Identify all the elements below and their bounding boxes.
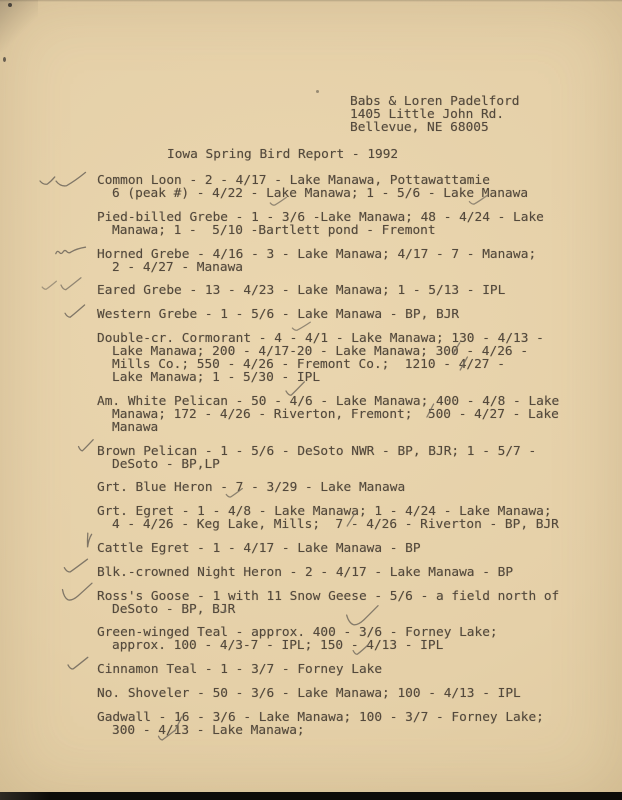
scan-top-edge xyxy=(0,0,622,2)
entry-line: 6 (peak #) - 4/22 - Lake Manawa; 1 - 5/6… xyxy=(112,187,559,200)
bird-entry-grt-blue-heron: Grt. Blue Heron - 7 - 3/29 - Lake Manawa xyxy=(97,481,559,494)
entry-line: Am. White Pelican - 50 - 4/6 - Lake Mana… xyxy=(97,395,559,408)
entry-line: 300 - 4/13 - Lake Manawa; xyxy=(112,724,559,737)
bird-entries-list: Common Loon - 2 - 4/17 - Lake Manawa, Po… xyxy=(97,174,559,748)
bird-entry-double-cr-cormorant: Double-cr. Cormorant - 4 - 4/1 - Lake Ma… xyxy=(97,332,559,384)
bird-entry-ross-s-goose: Ross's Goose - 1 with 11 Snow Geese - 5/… xyxy=(97,590,559,616)
bird-entry-cattle-egret: Cattle Egret - 1 - 4/17 - Lake Manawa - … xyxy=(97,542,559,555)
bird-entry-pied-billed-grebe: Pied-billed Grebe - 1 - 3/6 -Lake Manawa… xyxy=(97,211,559,237)
entry-line: Cattle Egret - 1 - 4/17 - Lake Manawa - … xyxy=(97,542,559,555)
entry-line: Manawa xyxy=(112,421,559,434)
entry-line: Manawa; 172 - 4/26 - Riverton, Fremont; … xyxy=(112,408,559,421)
bird-entry-horned-grebe: Horned Grebe - 4/16 - 3 - Lake Manawa; 4… xyxy=(97,248,559,274)
entry-line: Grt. Blue Heron - 7 - 3/29 - Lake Manawa xyxy=(97,481,559,494)
scan-bottom-edge xyxy=(0,792,622,800)
paper-speck xyxy=(316,90,319,93)
pencil-mark-margin-eared-grebe xyxy=(58,276,83,292)
bird-entry-green-winged-teal: Green-winged Teal - approx. 400 - 3/6 - … xyxy=(97,626,559,652)
sender-address: Babs & Loren Padelford 1405 Little John … xyxy=(350,95,520,134)
address-line-3: Bellevue, NE 68005 xyxy=(350,121,520,134)
scanned-page: Babs & Loren Padelford 1405 Little John … xyxy=(0,0,622,800)
pencil-mark-margin-horned-grebe xyxy=(55,244,88,258)
entry-line: DeSoto - BP,LP xyxy=(112,458,559,471)
pencil-mark-margin-ross-goose xyxy=(59,581,95,603)
pencil-mark-margin-cinnamon-teal xyxy=(65,655,91,671)
entry-line: Eared Grebe - 13 - 4/23 - Lake Manawa; 1… xyxy=(97,284,559,297)
entry-line: approx. 100 - 4/3-7 - IPL; 150 - 4/13 - … xyxy=(112,639,559,652)
paper-speck xyxy=(8,3,12,7)
entry-line: DeSoto - BP, BJR xyxy=(112,603,559,616)
bird-entry-eared-grebe: Eared Grebe - 13 - 4/23 - Lake Manawa; 1… xyxy=(97,284,559,297)
report-title: Iowa Spring Bird Report - 1992 xyxy=(167,148,398,161)
pencil-mark-margin-brown-pelican xyxy=(76,438,96,453)
bird-entry-western-grebe: Western Grebe - 1 - 5/6 - Lake Manawa - … xyxy=(97,308,559,321)
entry-line: Western Grebe - 1 - 5/6 - Lake Manawa - … xyxy=(97,308,559,321)
pencil-mark-margin-cattle-egret xyxy=(83,532,95,549)
page-corner-artifact xyxy=(0,0,38,52)
bird-entry-common-loon: Common Loon - 2 - 4/17 - Lake Manawa, Po… xyxy=(97,174,559,200)
entry-line: No. Shoveler - 50 - 3/6 - Lake Manawa; 1… xyxy=(97,687,559,700)
entry-line: Lake Manawa; 1 - 5/30 - IPL xyxy=(112,371,559,384)
entry-line: Manawa; 1 - 5/10 -Bartlett pond - Fremon… xyxy=(112,224,559,237)
entry-line: Cinnamon Teal - 1 - 3/7 - Forney Lake xyxy=(97,663,559,676)
pencil-mark-margin-eared-grebe-left xyxy=(40,280,58,292)
pencil-mark-margin-blk-crowned-night-heron xyxy=(61,557,91,575)
pencil-mark-margin-western-grebe xyxy=(62,303,88,320)
entry-line: Ross's Goose - 1 with 11 Snow Geese - 5/… xyxy=(97,590,559,603)
paper-speck xyxy=(3,57,6,62)
entry-line: Horned Grebe - 4/16 - 3 - Lake Manawa; 4… xyxy=(97,248,559,261)
bird-entry-grt-egret: Grt. Egret - 1 - 4/8 - Lake Manawa; 1 - … xyxy=(97,505,559,531)
entry-line: 4 - 4/26 - Keg Lake, Mills; 7 - 4/26 - R… xyxy=(112,518,559,531)
entry-line: Blk.-crowned Night Heron - 2 - 4/17 - La… xyxy=(97,566,559,579)
bird-entry-blk-crowned-night-heron: Blk.-crowned Night Heron - 2 - 4/17 - La… xyxy=(97,566,559,579)
entry-line: 2 - 4/27 - Manawa xyxy=(112,261,559,274)
bird-entry-cinnamon-teal: Cinnamon Teal - 1 - 3/7 - Forney Lake xyxy=(97,663,559,676)
bird-entry-no-shoveler: No. Shoveler - 50 - 3/6 - Lake Manawa; 1… xyxy=(97,687,559,700)
bird-entry-am-white-pelican: Am. White Pelican - 50 - 4/6 - Lake Mana… xyxy=(97,395,559,434)
entry-line: Brown Pelican - 1 - 5/6 - DeSoto NWR - B… xyxy=(97,445,559,458)
bird-entry-brown-pelican: Brown Pelican - 1 - 5/6 - DeSoto NWR - B… xyxy=(97,445,559,471)
bird-entry-gadwall: Gadwall - 16 - 3/6 - Lake Manawa; 100 - … xyxy=(97,711,559,737)
pencil-mark-margin-common-loon xyxy=(37,169,88,190)
entry-line: Gadwall - 16 - 3/6 - Lake Manawa; 100 - … xyxy=(97,711,559,724)
entry-line: Pied-billed Grebe - 1 - 3/6 -Lake Manawa… xyxy=(97,211,559,224)
